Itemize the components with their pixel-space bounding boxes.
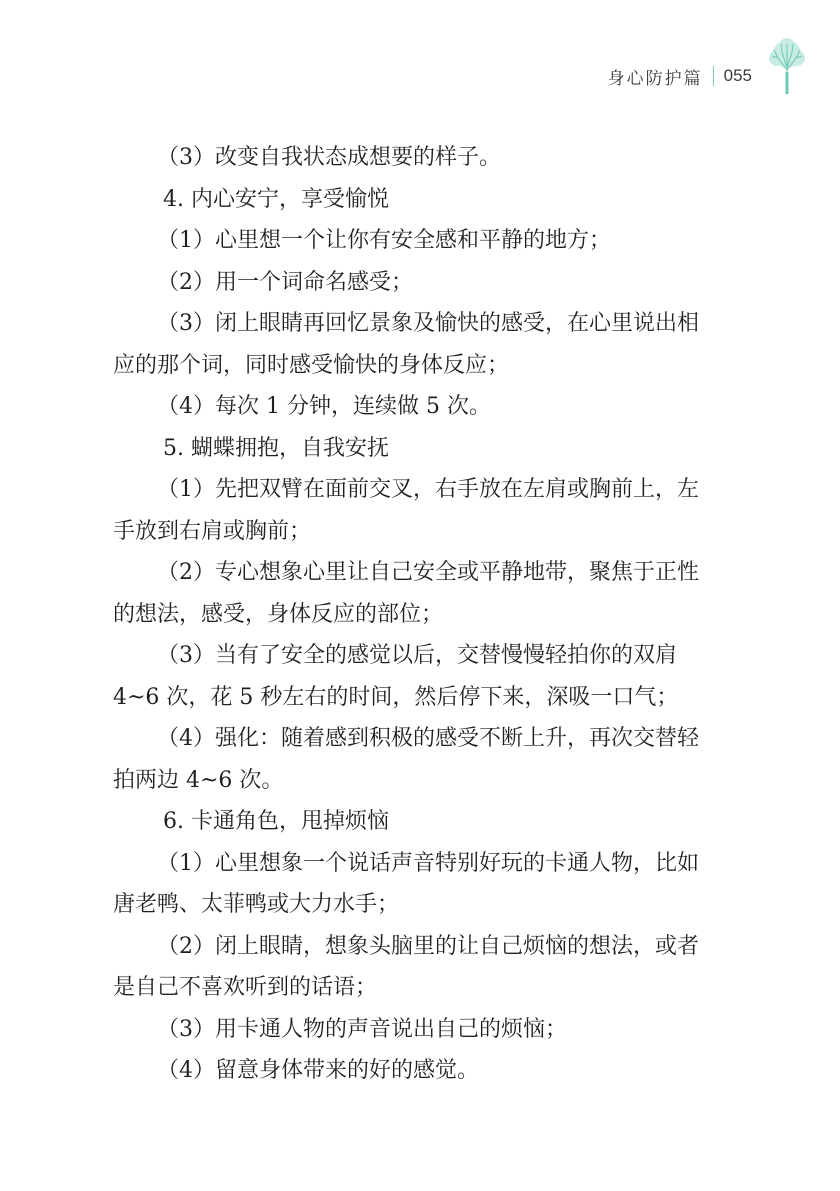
- list-item-continuation: 的想法，感受，身体反应的部位；: [113, 594, 755, 636]
- list-item: （1）先把双臂在面前交叉，右手放在左肩或胸前上，左: [113, 469, 755, 511]
- list-item-continuation: 应的那个词，同时感受愉快的身体反应；: [113, 345, 755, 387]
- list-item-continuation: 是自己不喜欢听到的话语；: [113, 967, 755, 1009]
- list-item: （1）心里想象一个说话声音特别好玩的卡通人物，比如: [113, 843, 755, 885]
- list-item: （3）改变自我状态成想要的样子。: [113, 137, 755, 179]
- section-heading: 6. 卡通角色，甩掉烦恼: [113, 801, 755, 843]
- list-item: （4）留意身体带来的好的感觉。: [113, 1050, 755, 1092]
- section-title: 身心防护篇: [608, 64, 703, 89]
- list-item-continuation: 拍两边 4~6 次。: [113, 760, 755, 802]
- section-heading: 5. 蝴蝶拥抱，自我安抚: [113, 428, 755, 470]
- list-item-continuation: 手放到右肩或胸前；: [113, 511, 755, 553]
- page-number: 055: [724, 66, 752, 86]
- list-item: （2）专心想象心里让自己安全或平静地带，聚焦于正性: [113, 552, 755, 594]
- list-item: （2）用一个词命名感受；: [113, 262, 755, 304]
- list-item-continuation: 4~6 次，花 5 秒左右的时间，然后停下来，深吸一口气；: [113, 677, 755, 719]
- list-item-continuation: 唐老鸭、太菲鸭或大力水手；: [113, 884, 755, 926]
- list-item: （3）用卡通人物的声音说出自己的烦恼；: [113, 1009, 755, 1051]
- list-item: （4）每次 1 分钟，连续做 5 次。: [113, 386, 755, 428]
- running-header: 身心防护篇 055: [608, 56, 752, 96]
- list-item: （2）闭上眼睛，想象头脑里的让自己烦恼的想法，或者: [113, 926, 755, 968]
- section-heading: 4. 内心安宁，享受愉悦: [113, 179, 755, 221]
- list-item: （1）心里想一个让你有安全感和平静的地方；: [113, 220, 755, 262]
- list-item: （3）当有了安全的感觉以后，交替慢慢轻拍你的双肩: [113, 635, 755, 677]
- list-item: （4）强化：随着感到积极的感受不断上升，再次交替轻: [113, 718, 755, 760]
- body-text: （3）改变自我状态成想要的样子。 4. 内心安宁，享受愉悦 （1）心里想一个让你…: [113, 137, 755, 1092]
- tree-icon: [766, 38, 808, 96]
- header-divider: [713, 66, 714, 86]
- list-item: （3）闭上眼睛再回忆景象及愉快的感受，在心里说出相: [113, 303, 755, 345]
